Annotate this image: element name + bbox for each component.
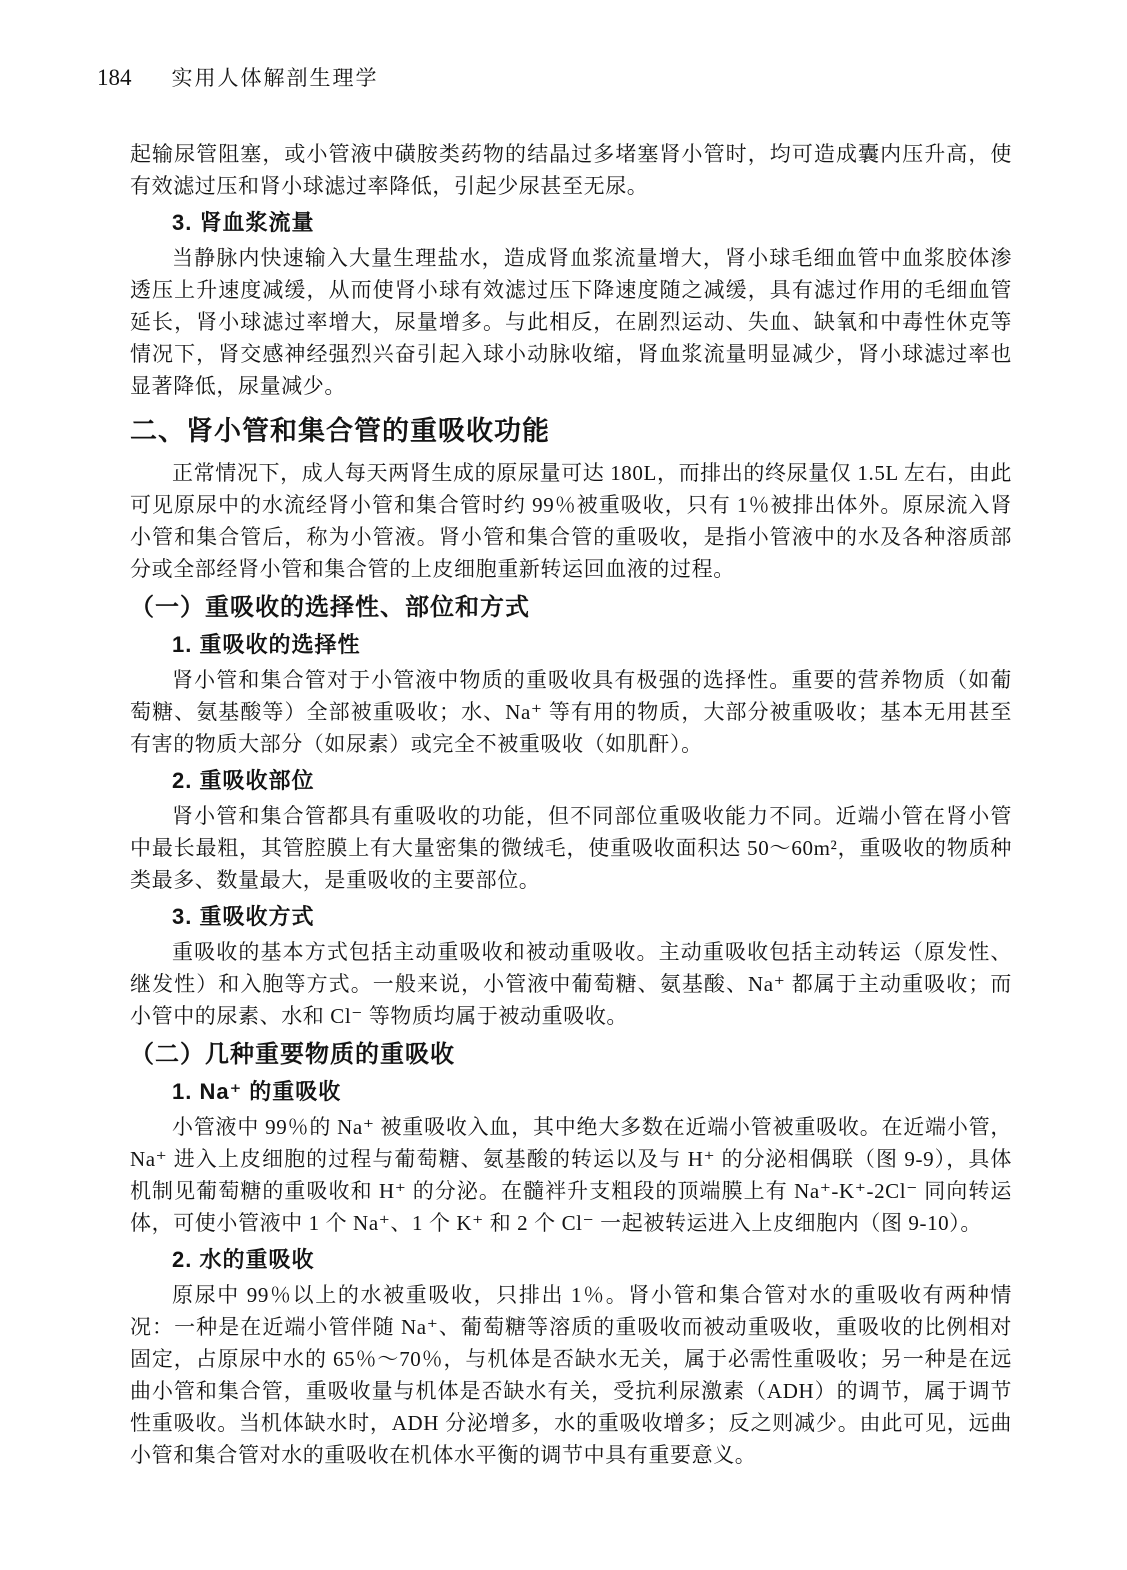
section-heading: （一）重吸收的选择性、部位和方式 [130,592,1012,624]
paragraph: 原尿中 99％以上的水被重吸收，只排出 1％。肾小管和集合管对水的重吸收有两种情… [130,1279,1012,1471]
paragraph: 肾小管和集合管对于小管液中物质的重吸收具有极强的选择性。重要的营养物质（如葡萄糖… [130,664,1012,760]
paragraph: 小管液中 99％的 Na⁺ 被重吸收入血，其中绝大多数在近端小管被重吸收。在近端… [130,1111,1012,1239]
sub-heading: 2. 水的重吸收 [130,1244,1012,1275]
section-heading: （二）几种重要物质的重吸收 [130,1039,1012,1071]
paragraph: 重吸收的基本方式包括主动重吸收和被动重吸收。主动重吸收包括主动转运（原发性、继发… [130,936,1012,1032]
paragraph: 正常情况下，成人每天两肾生成的原尿量可达 180L，而排出的终尿量仅 1.5L … [130,457,1012,585]
page-number: 184 [97,65,132,90]
book-title: 实用人体解剖生理学 [172,66,379,90]
sub-heading: 3. 重吸收方式 [130,901,1012,932]
paragraph: 当静脉内快速输入大量生理盐水，造成肾血浆流量增大，肾小球毛细血管中血浆胶体渗透压… [130,242,1012,402]
sub-heading: 1. Na⁺ 的重吸收 [130,1076,1012,1107]
document-body: 起输尿管阻塞，或小管液中磺胺类药物的结晶过多堵塞肾小管时，均可造成囊内压升高，使… [130,138,1012,1471]
textbook-page: 184实用人体解剖生理学 起输尿管阻塞，或小管液中磺胺类药物的结晶过多堵塞肾小管… [0,0,1127,1570]
paragraph: 起输尿管阻塞，或小管液中磺胺类药物的结晶过多堵塞肾小管时，均可造成囊内压升高，使… [130,138,1012,202]
sub-heading: 3. 肾血浆流量 [130,207,1012,238]
sub-heading: 1. 重吸收的选择性 [130,629,1012,660]
page-header: 184实用人体解剖生理学 [97,62,379,92]
sub-heading: 2. 重吸收部位 [130,765,1012,796]
paragraph: 肾小管和集合管都具有重吸收的功能，但不同部位重吸收能力不同。近端小管在肾小管中最… [130,800,1012,896]
chapter-heading: 二、肾小管和集合管的重吸收功能 [130,414,1012,448]
